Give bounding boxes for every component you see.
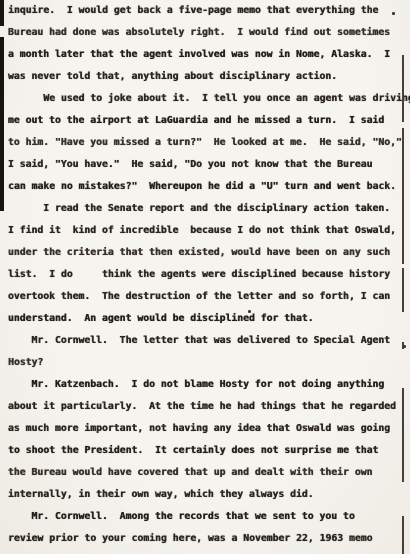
text-line: I read the Senate report and the discipl… <box>8 198 410 220</box>
text-line: about it particularly. At the time he ha… <box>8 396 410 418</box>
ink-speck <box>263 76 266 79</box>
text-line: Hosty? <box>8 352 410 374</box>
right-rule-segment <box>402 128 404 264</box>
text-line: me out to the airport at LaGuardia and h… <box>8 110 410 132</box>
text-line: list. I do think the agents were discipl… <box>8 264 410 286</box>
left-bar-segment <box>0 0 4 26</box>
text-line: overtook them. The destruction of the le… <box>8 286 410 308</box>
right-rule-segment <box>402 55 404 122</box>
right-rule-segment <box>402 388 404 482</box>
text-line: a month later that the agent involved wa… <box>8 44 410 66</box>
text-line: Mr. Katzenbach. I do not blame Hosty for… <box>8 374 410 396</box>
text-line: inquire. I would get back a five-page me… <box>8 0 410 22</box>
text-line: Mr. Cornwell. Among the records that we … <box>8 506 410 528</box>
text-line: understand. An agent would be discipline… <box>8 308 410 330</box>
text-line: Bureau had done was absolutely right. I … <box>8 22 410 44</box>
document-page: inquire. I would get back a five-page me… <box>0 0 410 554</box>
left-bar-segment <box>0 37 4 211</box>
right-rule-segment <box>402 268 404 312</box>
text-line: I said, "You have." He said, "Do you not… <box>8 154 410 176</box>
right-rule-segment <box>402 516 404 554</box>
text-line: the Bureau would have covered that up an… <box>8 462 410 484</box>
text-line: under the criteria that then existed, wo… <box>8 242 410 264</box>
ink-speck <box>392 12 395 15</box>
document-lines: inquire. I would get back a five-page me… <box>8 0 410 550</box>
text-line: Mr. Cornwell. The letter that was delive… <box>8 330 410 352</box>
text-line: to shoot the President. It certainly doe… <box>8 440 410 462</box>
text-line: review prior to your coming here, was a … <box>8 528 410 550</box>
ink-speck <box>403 345 406 348</box>
text-line: can make no mistakes?" Whereupon he did … <box>8 176 410 198</box>
text-line: as much more important, not having any i… <box>8 418 410 440</box>
text-line: I find it kind of incredible because I d… <box>8 220 410 242</box>
text-line: internally, in their own way, which they… <box>8 484 410 506</box>
text-line: was never told that, anything about disc… <box>8 66 410 88</box>
ink-speck <box>248 310 251 313</box>
text-line: We used to joke about it. I tell you onc… <box>8 88 410 110</box>
text-line: to him. "Have you missed a turn?" He loo… <box>8 132 410 154</box>
